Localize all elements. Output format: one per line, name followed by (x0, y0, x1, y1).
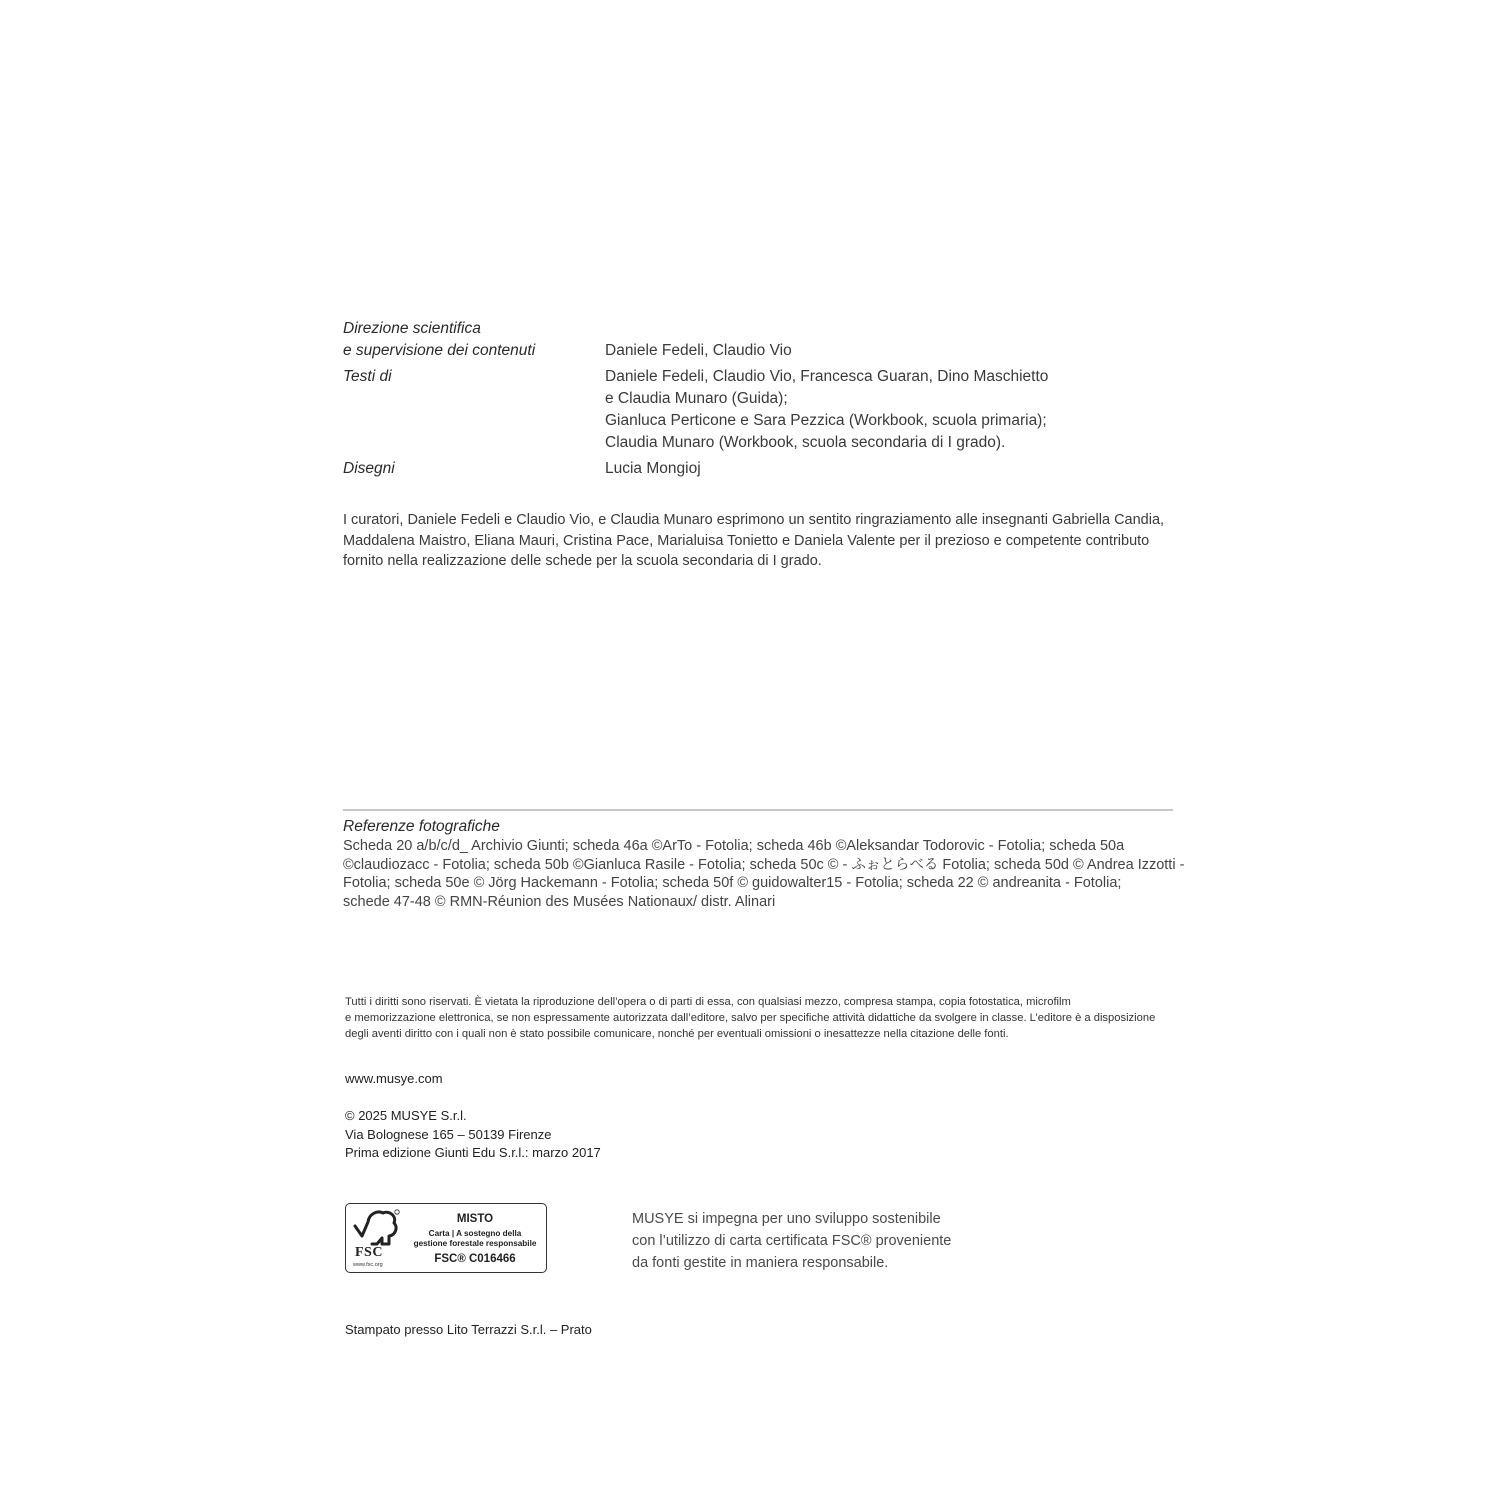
fsc-wordmark: FSC (355, 1245, 383, 1261)
acknowledgement-line: Maddalena Maistro, Eliana Mauri, Cristin… (343, 531, 1173, 552)
credit-value: Lucia Mongioj (605, 458, 1173, 480)
credit-value-line: Claudia Munaro (Workbook, scuola seconda… (605, 432, 1173, 454)
credit-label: Disegni (343, 458, 605, 480)
credit-value: Daniele Fedeli, Claudio Vio (605, 318, 1173, 362)
fsc-license-code: FSC® C016466 (404, 1252, 546, 1266)
address-line: Via Bolognese 165 – 50139 Firenze (345, 1126, 601, 1145)
credit-label-line: Disegni (343, 458, 605, 480)
acknowledgement-line: I curatori, Daniele Fedeli e Claudio Vio… (343, 510, 1173, 531)
sustainability-line: da fonti gestite in maniera responsabile… (632, 1252, 951, 1274)
rights-notice: Tutti i diritti sono riservati. È vietat… (345, 994, 1175, 1042)
credit-label: Testi di (343, 366, 605, 454)
credits-table: Direzione scientifica e supervisione dei… (343, 318, 1173, 480)
photo-references: Referenze fotografiche Scheda 20 a/b/c/d… (343, 817, 1173, 911)
copyright-line: © 2025 MUSYE S.r.l. (345, 1107, 601, 1126)
photo-reference-line: schede 47-48 © RMN-Réunion des Musées Na… (343, 893, 1173, 912)
fsc-description: Carta | A sostegno della gestione forest… (404, 1229, 546, 1249)
credit-label-line: e supervisione dei contenuti (343, 340, 605, 362)
credit-value: Daniele Fedeli, Claudio Vio, Francesca G… (605, 366, 1173, 454)
fsc-url: www.fsc.org (353, 1262, 383, 1268)
credit-value-line (605, 318, 1173, 340)
website-link[interactable]: www.musye.com (345, 1071, 443, 1086)
printer-info: Stampato presso Lito Terrazzi S.r.l. – P… (345, 1322, 592, 1337)
sustainability-line: MUSYE si impegna per uno sviluppo sosten… (632, 1208, 951, 1230)
credit-label: Direzione scientifica e supervisione dei… (343, 318, 605, 362)
photo-reference-line: Fotolia; scheda 50e © Jörg Hackemann - F… (343, 874, 1173, 893)
fsc-description-line: gestione forestale responsabile (404, 1239, 546, 1249)
photo-reference-line: Scheda 20 a/b/c/d_ Archivio Giunti; sche… (343, 837, 1173, 856)
credit-value-line: Daniele Fedeli, Claudio Vio (605, 340, 1173, 362)
sustainability-statement: MUSYE si impegna per uno sviluppo sosten… (632, 1208, 951, 1274)
publisher-info: © 2025 MUSYE S.r.l. Via Bolognese 165 – … (345, 1107, 601, 1163)
credit-row-texts: Testi di Daniele Fedeli, Claudio Vio, Fr… (343, 366, 1173, 454)
credit-value-line: Gianluca Perticone e Sara Pezzica (Workb… (605, 410, 1173, 432)
fsc-label: MISTO Carta | A sostegno della gestione … (404, 1212, 546, 1266)
rights-line: Tutti i diritti sono riservati. È vietat… (345, 994, 1175, 1010)
acknowledgement-line: fornito nella realizzazione delle schede… (343, 551, 1173, 572)
fsc-category: MISTO (404, 1212, 546, 1226)
credit-value-line: e Claudia Munaro (Guida); (605, 388, 1173, 410)
credit-row-drawings: Disegni Lucia Mongioj (343, 458, 1173, 480)
credit-value-line: Daniele Fedeli, Claudio Vio, Francesca G… (605, 366, 1173, 388)
rights-line: degli aventi diritto con i quali non è s… (345, 1026, 1175, 1042)
edition-line: Prima edizione Giunti Edu S.r.l.: marzo … (345, 1144, 601, 1163)
photo-references-body: Scheda 20 a/b/c/d_ Archivio Giunti; sche… (343, 837, 1173, 911)
photo-reference-line: ©claudiozacc - Fotolia; scheda 50b ©Gian… (343, 856, 1173, 875)
credit-value-line: Lucia Mongioj (605, 458, 1173, 480)
photo-references-title: Referenze fotografiche (343, 817, 1173, 837)
fsc-description-line: Carta | A sostegno della (404, 1229, 546, 1239)
credit-row-direction: Direzione scientifica e supervisione dei… (343, 318, 1173, 362)
sustainability-line: con l’utilizzo di carta certificata FSC®… (632, 1230, 951, 1252)
fsc-certification-badge: FSC www.fsc.org MISTO Carta | A sostegno… (345, 1203, 547, 1273)
credit-label-line: Direzione scientifica (343, 318, 605, 340)
acknowledgement-paragraph: I curatori, Daniele Fedeli e Claudio Vio… (343, 510, 1173, 572)
section-divider (343, 809, 1173, 811)
credit-label-line: Testi di (343, 366, 605, 388)
rights-line: e memorizzazione elettronica, se non esp… (345, 1010, 1175, 1026)
